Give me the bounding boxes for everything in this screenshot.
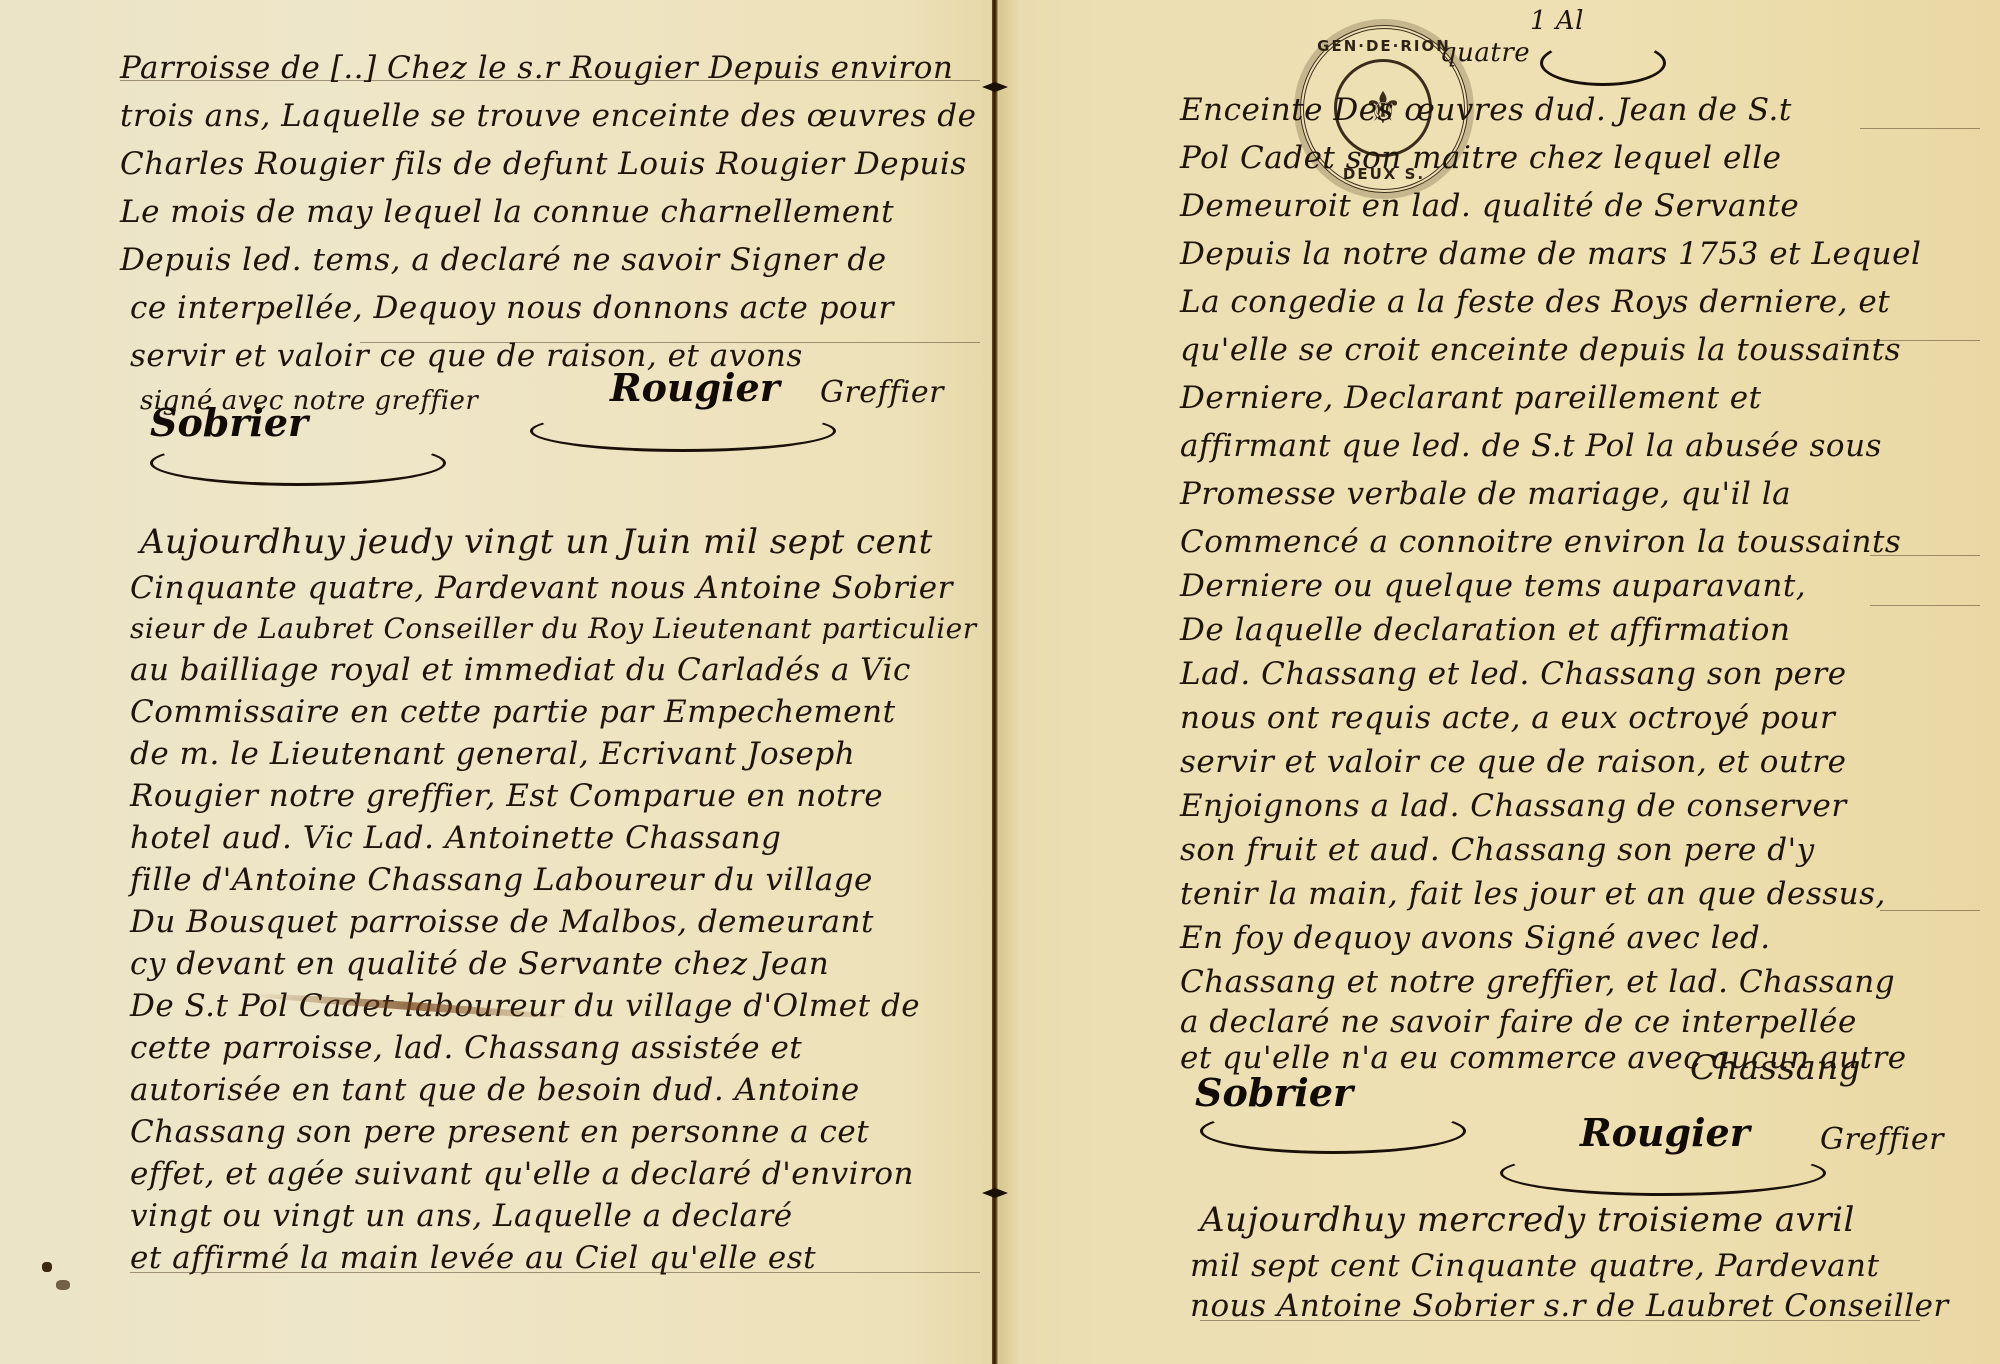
text-line: trois ans, Laquelle se trouve enceinte d… — [120, 98, 976, 134]
text-line: Enjoignons a lad. Chassang de conserver — [1180, 788, 1847, 824]
text-line: hotel aud. Vic Lad. Antoinette Chassang — [130, 820, 781, 856]
text-line: Du Bousquet parroisse de Malbos, demeura… — [130, 904, 874, 940]
text-line: et affirmé la main levée au Ciel qu'elle… — [130, 1240, 816, 1276]
text-line: Aujourdhuy mercredy troisieme avril — [1200, 1200, 1855, 1240]
text-line: ce interpellée, Dequoy nous donnons acte… — [130, 290, 894, 326]
ruled-line — [130, 1272, 980, 1273]
text-line: Depuis la notre dame de mars 1753 et Leq… — [1180, 236, 1921, 272]
text-line: Charles Rougier fils de defunt Louis Rou… — [120, 146, 967, 182]
signature-rougier: Rougier — [1580, 1110, 1750, 1155]
text-line: Commissaire en cette partie par Empechem… — [130, 694, 896, 730]
text-line: a declaré ne savoir faire de ce interpel… — [1180, 1004, 1857, 1040]
binding-gutter — [992, 0, 998, 1364]
signature-rougier: Rougier — [610, 365, 780, 410]
ruled-line — [1870, 605, 1980, 606]
text-line: autorisée en tant que de besoin dud. Ant… — [130, 1072, 860, 1108]
ruled-line — [1880, 910, 1980, 911]
ink-spot — [56, 1280, 70, 1290]
ink-spot — [42, 1262, 52, 1272]
text-line: nous ont requis acte, a eux octroyé pour — [1180, 700, 1835, 736]
ruled-line — [1870, 555, 1980, 556]
top-marks: 1 Al — [1530, 6, 1584, 36]
text-line: effet, et agée suivant qu'elle a declaré… — [130, 1156, 914, 1192]
text-line: La congedie a la feste des Roys derniere… — [1180, 284, 1890, 320]
text-line: Derniere ou quelque tems auparavant, — [1180, 568, 1806, 604]
text-line: cy devant en qualité de Servante chez Je… — [130, 946, 829, 982]
ruled-line — [1860, 128, 1980, 129]
left-page: Parroisse de [..] Chez le s.r Rougier De… — [0, 0, 990, 1364]
text-line: nous Antoine Sobrier s.r de Laubret Cons… — [1190, 1288, 1949, 1324]
text-line: qu'elle se croit enceinte depuis la tous… — [1180, 332, 1901, 368]
signature-sobrier: Sobrier — [150, 400, 308, 445]
greffier-title: Greffier — [1820, 1122, 1944, 1157]
text-line: Promesse verbale de mariage, qu'il la — [1180, 476, 1791, 512]
text-line: Chassang et notre greffier, et lad. Chas… — [1180, 964, 1895, 1000]
text-line: sieur de Laubret Conseiller du Roy Lieut… — [130, 612, 977, 645]
text-line: cette parroisse, lad. Chassang assistée … — [130, 1030, 802, 1066]
stamp-top-text: GEN·DE·RION — [1304, 37, 1464, 55]
text-line: Enceinte Des œuvres dud. Jean de S.t — [1180, 92, 1792, 128]
text-line: Cinquante quatre, Pardevant nous Antoine… — [130, 570, 953, 606]
text-line: mil sept cent Cinquante quatre, Pardevan… — [1190, 1248, 1879, 1284]
text-line: Rougier notre greffier, Est Comparue en … — [130, 778, 883, 814]
text-line: Parroisse de [..] Chez le s.r Rougier De… — [120, 50, 953, 86]
right-page: 1 Al quatre GEN·DE·RION ⚜ DEUX S. Encein… — [1000, 0, 2000, 1364]
text-line: fille d'Antoine Chassang Laboureur du vi… — [130, 862, 873, 898]
signature-flourish — [530, 410, 836, 452]
text-line: Le mois de may lequel la connue charnell… — [120, 194, 894, 230]
text-line: En foy dequoy avons Signé avec led. — [1180, 920, 1771, 956]
greffier-title: Greffier — [820, 375, 944, 410]
ruled-line — [360, 342, 980, 343]
signature-flourish — [150, 440, 446, 486]
manuscript-spread: Parroisse de [..] Chez le s.r Rougier De… — [0, 0, 2000, 1364]
text-line: vingt ou vingt un ans, Laquelle a declar… — [130, 1198, 793, 1234]
text-line: Lad. Chassang et led. Chassang son pere — [1180, 656, 1847, 692]
text-line: Derniere, Declarant pareillement et — [1180, 380, 1762, 416]
text-line: de m. le Lieutenant general, Ecrivant Jo… — [130, 736, 855, 772]
paraph-flourish — [1540, 40, 1666, 86]
signature-chassang: Chassang — [1690, 1048, 1861, 1088]
text-line: De laquelle declaration et affirmation — [1180, 612, 1790, 648]
text-line: au bailliage royal et immediat du Carlad… — [130, 652, 911, 688]
ruled-line — [1200, 1320, 1920, 1321]
text-line: Chassang son pere present en personne a … — [130, 1114, 869, 1150]
text-line: Demeuroit en lad. qualité de Servante — [1180, 188, 1799, 224]
text-line: son fruit et aud. Chassang son pere d'y — [1180, 832, 1815, 868]
text-line: Depuis led. tems, a declaré ne savoir Si… — [120, 242, 887, 278]
text-line: servir et valoir ce que de raison, et ou… — [1180, 744, 1846, 780]
signature-flourish — [1500, 1150, 1826, 1196]
text-line: Commencé a connoitre environ la toussain… — [1180, 524, 1901, 560]
signature-flourish — [1200, 1108, 1466, 1154]
text-line: De S.t Pol Cadet laboureur du village d'… — [130, 988, 920, 1024]
text-line: tenir la main, fait les jour et an que d… — [1180, 876, 1886, 912]
text-line: affirmant que led. de S.t Pol la abusée … — [1180, 428, 1882, 464]
text-line: Pol Cadet son maitre chez lequel elle — [1180, 140, 1781, 176]
ruled-line — [1840, 340, 1980, 341]
text-line: Aujourdhuy jeudy vingt un Juin mil sept … — [140, 522, 933, 562]
